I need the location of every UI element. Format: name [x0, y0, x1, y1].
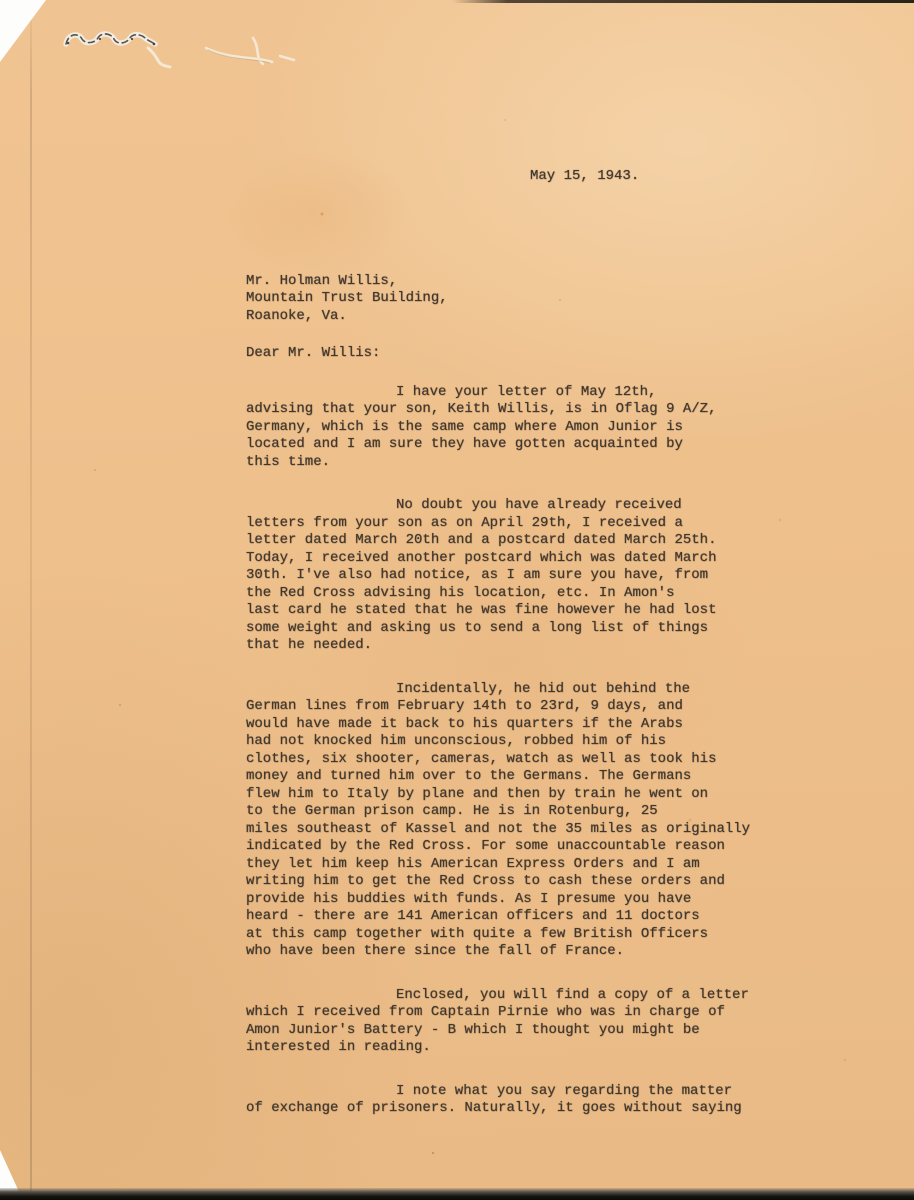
recipient-address: Mr. Holman Willis, Mountain Trust Buildi… — [246, 273, 798, 326]
paragraph-3: Incidentally, he hid out behind the Germ… — [246, 681, 798, 961]
scan-edge-bottom — [0, 1188, 914, 1200]
typewritten-letter: May 15, 1943. Mr. Holman Willis, Mountai… — [246, 168, 798, 1144]
scanned-letter-page: May 15, 1943. Mr. Holman Willis, Mountai… — [0, 0, 914, 1200]
paragraph-4: Enclosed, you will find a copy of a lett… — [246, 987, 798, 1057]
letter-date: May 15, 1943. — [530, 168, 798, 186]
paragraph-1: I have your letter of May 12th, advising… — [246, 384, 798, 472]
scan-edge-top — [452, 0, 914, 3]
paragraph-5: I note what you say regarding the matter… — [246, 1083, 798, 1118]
letter-paper: May 15, 1943. Mr. Holman Willis, Mountai… — [0, 0, 914, 1194]
scribble-mark-icon — [56, 10, 336, 81]
vertical-fold-crease — [30, 0, 32, 1194]
letter-body: I have your letter of May 12th, advising… — [246, 384, 798, 1118]
salutation: Dear Mr. Willis: — [246, 345, 798, 363]
paragraph-2: No doubt you have already received lette… — [246, 497, 798, 655]
